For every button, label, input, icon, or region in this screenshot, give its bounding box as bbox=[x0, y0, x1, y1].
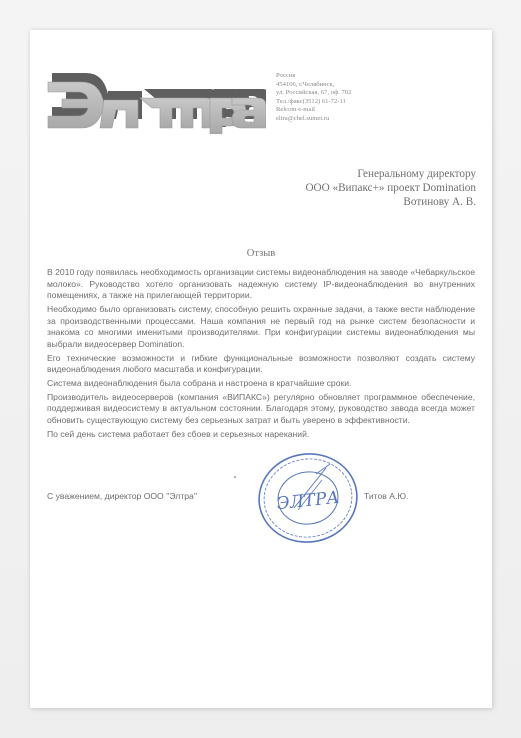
contact-phone: Тел./факс(3512) 61-72-11 bbox=[276, 98, 351, 107]
paragraph: Производитель видеосерверов (компания «В… bbox=[47, 392, 475, 427]
closing-line: С уважением, директор ООО ''Элтра'' bbox=[47, 491, 197, 501]
recipient-block: Генеральному директору ООО «Випакс+» про… bbox=[305, 167, 476, 209]
paragraph: Его технические возможности и гибкие фун… bbox=[47, 353, 475, 376]
contact-country: Россия bbox=[276, 72, 351, 81]
stamp-text: ЭЛТРА bbox=[276, 488, 341, 514]
company-stamp: ЭЛТРА bbox=[256, 446, 366, 546]
letter-page: Россия 454106, г.Челябинск, ул. Российск… bbox=[30, 30, 492, 708]
recipient-position: Генеральному директору bbox=[305, 167, 476, 181]
document-body: В 2010 году появилась необходимость орга… bbox=[47, 267, 475, 442]
paragraph: В 2010 году появилась необходимость орга… bbox=[47, 267, 475, 302]
contact-street: ул. Российская, 67, оф. 702 bbox=[276, 89, 351, 98]
contact-email-label: Relcom e-mail bbox=[276, 106, 351, 115]
contact-email: eltra@chel.sumet.ru bbox=[276, 115, 351, 124]
contact-postal: 454106, г.Челябинск, bbox=[276, 81, 351, 90]
recipient-company: ООО «Випакс+» проект Domination bbox=[305, 181, 476, 195]
paragraph: По сей день система работает без сбоев и… bbox=[47, 429, 475, 441]
letterhead-contact: Россия 454106, г.Челябинск, ул. Российск… bbox=[276, 72, 351, 124]
document-title: Отзыв bbox=[30, 248, 492, 259]
signer-name: Титов А.Ю. bbox=[364, 491, 408, 501]
paragraph: Необходимо было организовать систему, сп… bbox=[47, 304, 475, 350]
ink-dot bbox=[234, 476, 236, 478]
paragraph: Система видеонаблюдения была собрана и н… bbox=[47, 378, 475, 390]
recipient-name: Вотинову А. В. bbox=[305, 195, 476, 209]
eltra-logo bbox=[44, 72, 266, 134]
